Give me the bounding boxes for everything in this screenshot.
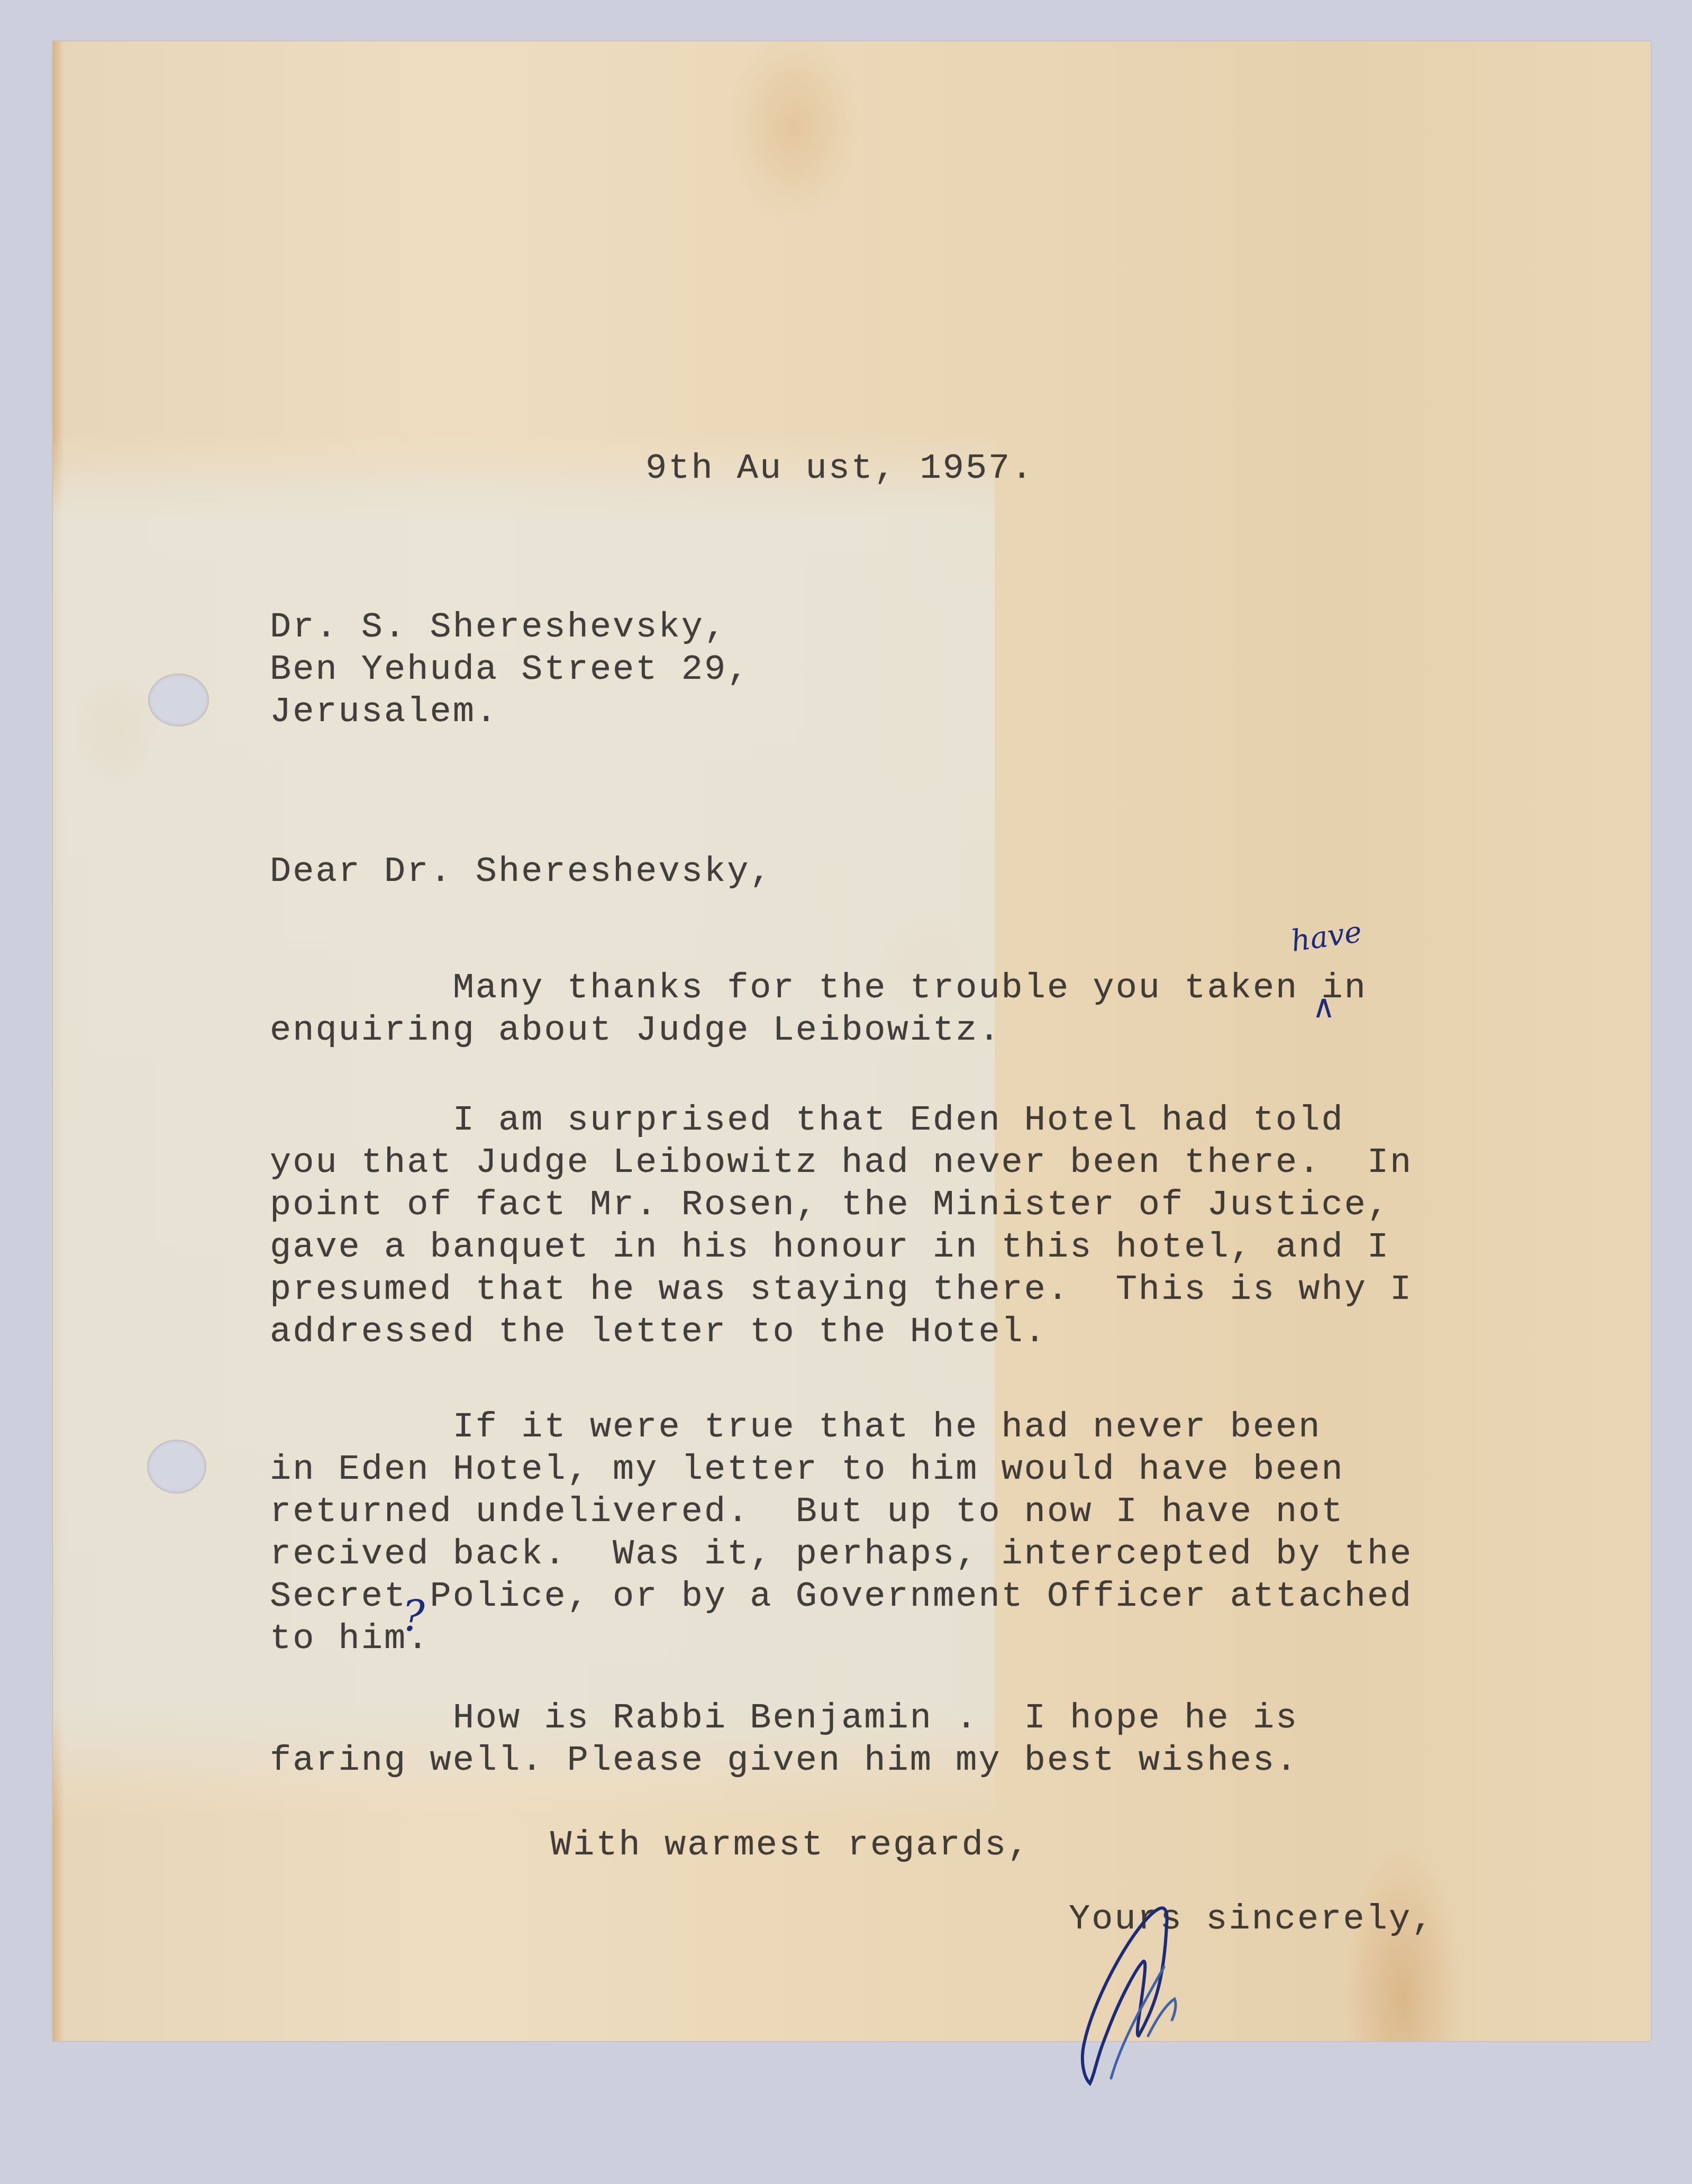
punch-hole-bottom	[147, 1440, 206, 1494]
paragraph-line: Many thanks for the trouble you taken in	[270, 967, 1367, 1009]
punch-hole-top	[148, 674, 209, 726]
paragraph-line: in Eden Hotel, my letter to him would ha…	[270, 1449, 1344, 1491]
paragraph-line: you that Judge Leibowitz had never been …	[270, 1142, 1413, 1184]
paragraph-line: If it were true that he had never been	[270, 1406, 1322, 1449]
signature	[1074, 1904, 1233, 2094]
paragraph-line: I am surprised that Eden Hotel had told	[270, 1099, 1344, 1142]
paragraph-line: How is Rabbi Benjamin . I hope he is	[270, 1697, 1298, 1740]
letter-page: 9th Au ust, 1957. Dr. S. Shereshevsky, B…	[53, 41, 1651, 2041]
handwritten-question-mark: ?	[402, 1591, 425, 1641]
recipient-city: Jerusalem.	[270, 691, 498, 733]
paragraph-line: returned undelivered. But up to now I ha…	[270, 1491, 1344, 1533]
paragraph-line: recived back. Was it, perhaps, intercept…	[270, 1533, 1413, 1576]
closing: With warmest regards,	[550, 1824, 1030, 1867]
paragraph-line: gave a banquet in his honour in this hot…	[270, 1226, 1390, 1269]
paragraph-line: enquiring about Judge Leibowitz.	[270, 1009, 1002, 1052]
paragraph-line: point of fact Mr. Rosen, the Minister of…	[270, 1184, 1390, 1226]
letter-date: 9th Au ust, 1957.	[645, 448, 1034, 490]
recipient-name: Dr. S. Shereshevsky,	[270, 606, 727, 649]
paragraph-line: addressed the letter to the Hotel.	[270, 1311, 1047, 1353]
paragraph-line: presumed that he was staying there. This…	[270, 1269, 1413, 1311]
recipient-street: Ben Yehuda Street 29,	[270, 649, 750, 691]
paragraph-line: faring well. Please given him my best wi…	[270, 1740, 1298, 1782]
handwritten-insertion: have	[1289, 915, 1364, 959]
salutation: Dear Dr. Shereshevsky,	[270, 851, 773, 893]
insertion-caret-icon: ∧	[1312, 988, 1335, 1025]
paragraph-line: Secret Police, or by a Government Office…	[270, 1576, 1413, 1618]
